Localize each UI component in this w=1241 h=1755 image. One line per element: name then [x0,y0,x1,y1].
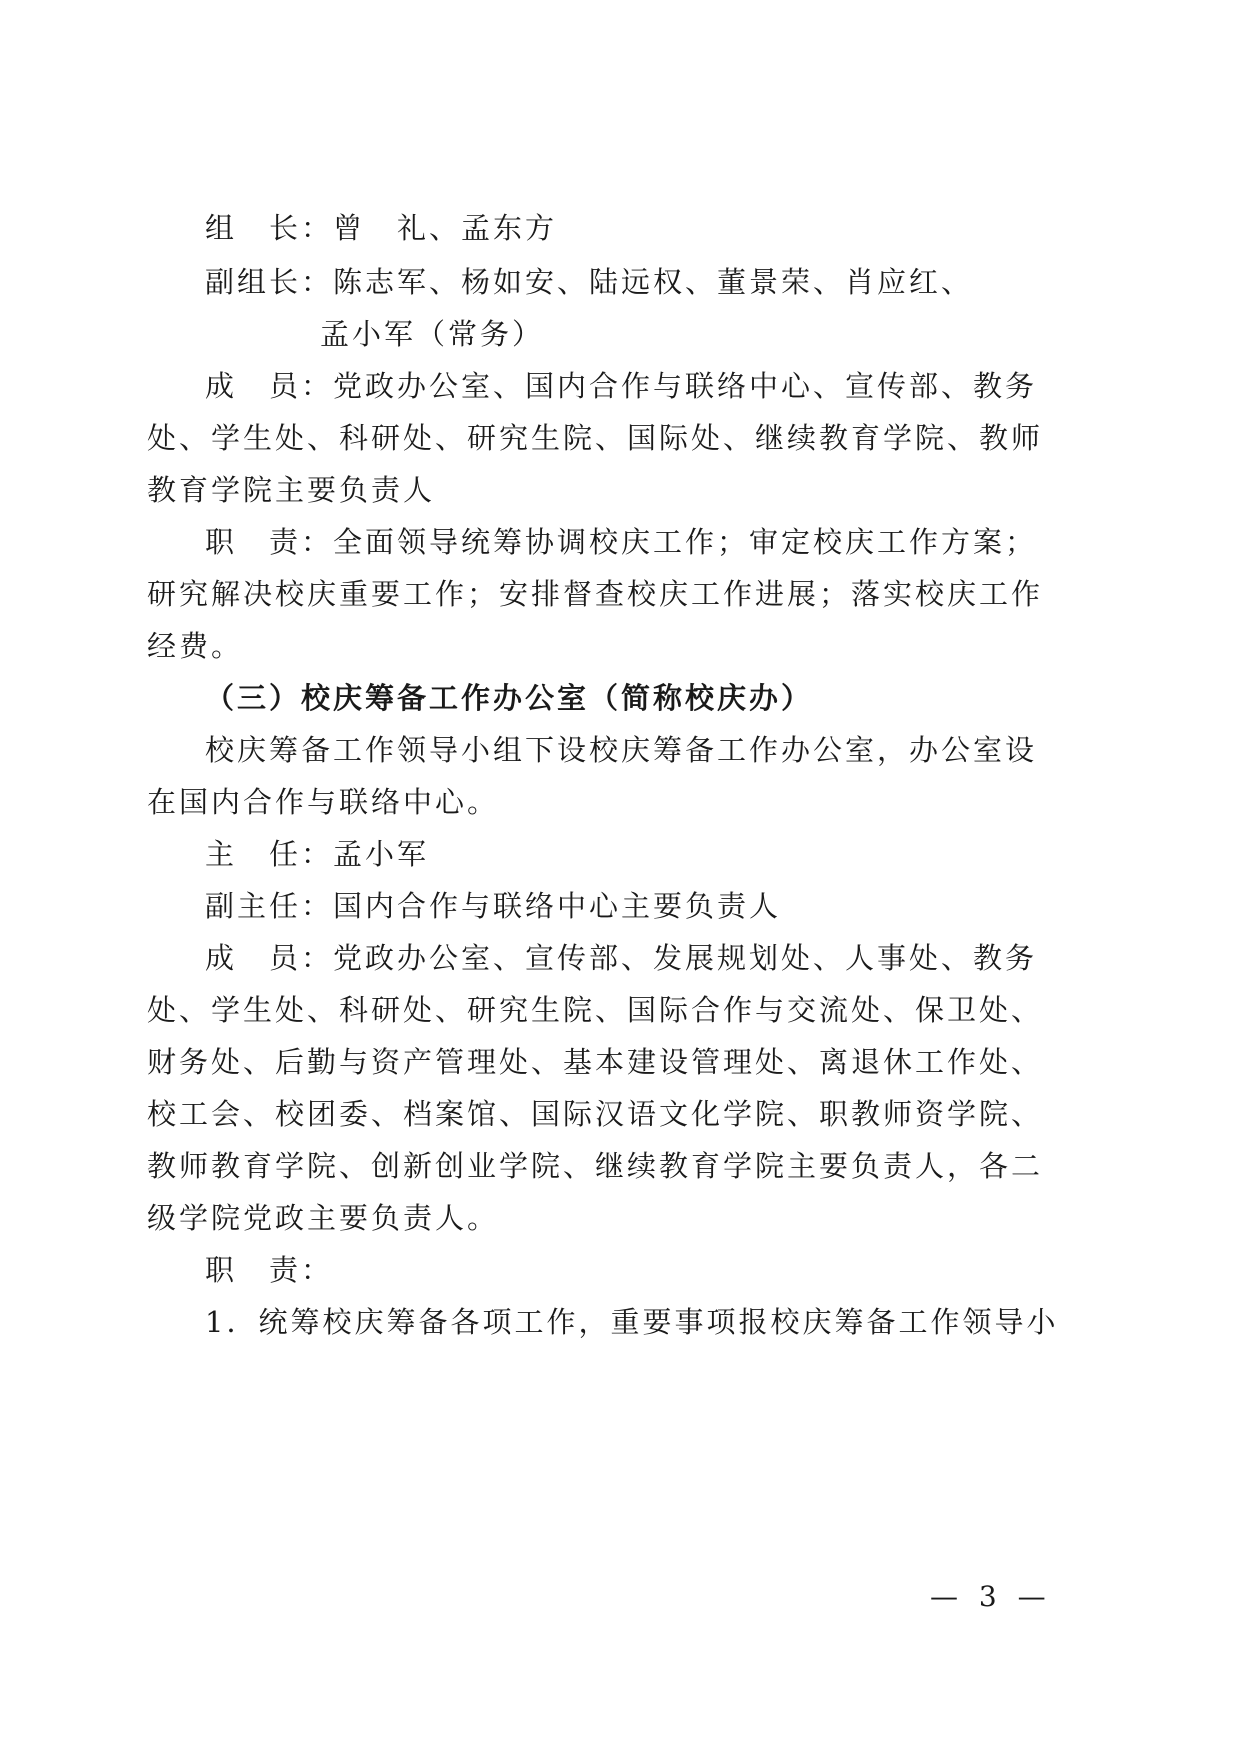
office-members-line-5: 教师教育学院、创新创业学院、继续教育学院主要负责人，各二 [147,1146,1043,1186]
office-intro-line-1: 校庆筹备工作领导小组下设校庆筹备工作办公室，办公室设 [205,730,1037,770]
members-line-2: 处、学生处、科研处、研究生院、国际处、继续教育学院、教师 [147,418,1043,458]
office-members-line-4: 校工会、校团委、档案馆、国际汉语文化学院、职教师资学院、 [147,1094,1043,1134]
office-duty-1: 1．统筹校庆筹备各项工作，重要事项报校庆筹备工作领导小 [205,1302,1058,1342]
members-line-3: 教育学院主要负责人 [147,470,435,510]
office-intro-line-2: 在国内合作与联络中心。 [147,782,499,822]
office-members-line-2: 处、学生处、科研处、研究生院、国际合作与交流处、保卫处、 [147,990,1043,1030]
deputy-director-line: 副主任：国内合作与联络中心主要负责人 [205,886,781,926]
director-line: 主 任：孟小军 [205,834,429,874]
leader-line: 组 长：曾 礼、孟东方 [205,208,557,248]
office-members-line-1: 成 员：党政办公室、宣传部、发展规划处、人事处、教务 [205,938,1037,978]
deputy-leader-line-1: 副组长：陈志军、杨如安、陆远权、董景荣、肖应红、 [205,262,973,302]
page-number: — 3 — [930,1580,1052,1613]
duties-line-2: 研究解决校庆重要工作；安排督查校庆工作进展；落实校庆工作 [147,574,1043,614]
members-line-1: 成 员：党政办公室、国内合作与联络中心、宣传部、教务 [205,366,1037,406]
office-members-line-3: 财务处、后勤与资产管理处、基本建设管理处、离退休工作处、 [147,1042,1043,1082]
section-heading: （三）校庆筹备工作办公室（简称校庆办） [205,678,813,718]
document-page: 组 长：曾 礼、孟东方 副组长：陈志军、杨如安、陆远权、董景荣、肖应红、 孟小军… [0,0,1241,1755]
office-members-line-6: 级学院党政主要负责人。 [147,1198,499,1238]
deputy-leader-line-2: 孟小军（常务） [320,314,544,354]
duties-line-3: 经费。 [147,626,243,666]
duties-line-1: 职 责：全面领导统筹协调校庆工作；审定校庆工作方案； [205,522,1037,562]
office-duties-label: 职 责： [205,1250,333,1290]
